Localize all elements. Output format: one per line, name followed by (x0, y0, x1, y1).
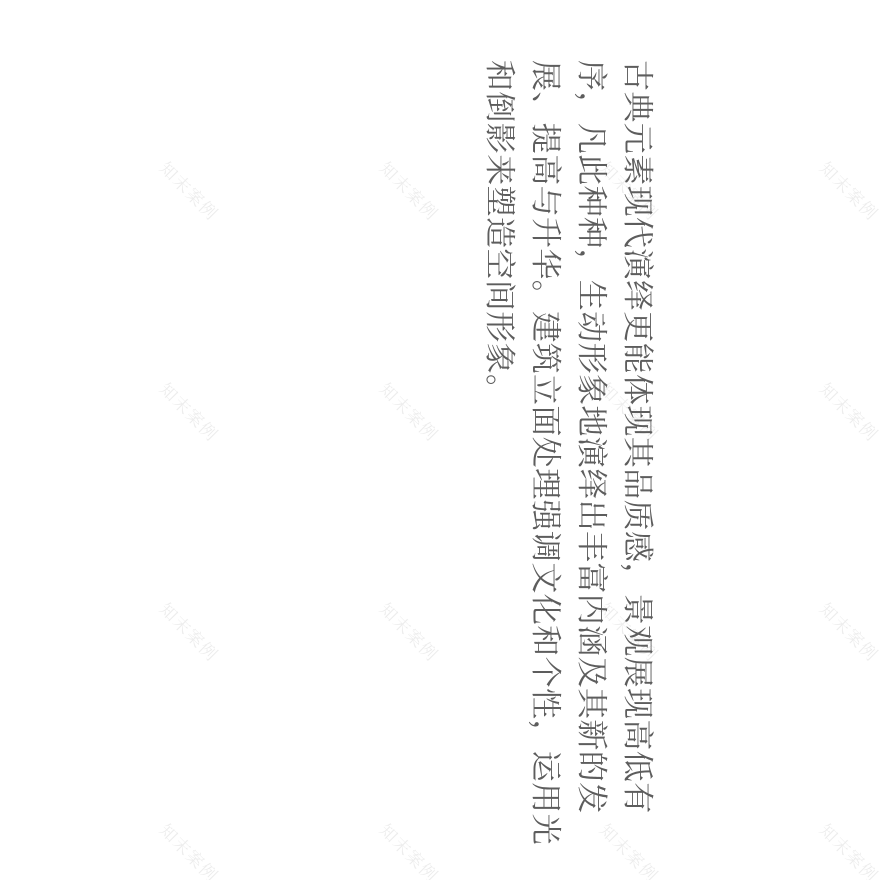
watermark-layer: 知末案例知末案例知末案例知末案例知末案例知末案例知末案例知末案例知末案例知末案例… (0, 0, 880, 880)
paragraph-line-2: 序，凡此种种，生动形象地演绎出丰富内涵及其新的发 (568, 60, 614, 852)
watermark-text: 知末案例 (155, 376, 225, 446)
watermark-text: 知末案例 (815, 596, 880, 666)
watermark-text: 知末案例 (375, 817, 445, 880)
watermark-text: 知末案例 (375, 376, 445, 446)
rotated-paragraph: 古典元素现代演绎更能体现其品质感，景观展现高低有序，凡此种种，生动形象地演绎出丰… (476, 60, 660, 852)
watermark-text: 知末案例 (375, 155, 445, 225)
paragraph-line-3: 展、提高与升华。建筑立面处理强调文化和个性，运用光 (522, 60, 568, 852)
watermark-text: 知末案例 (815, 376, 880, 446)
watermark-text: 知末案例 (815, 817, 880, 880)
watermark-text: 知末案例 (155, 817, 225, 880)
paragraph-line-4: 和倒影来塑造空间形象。 (476, 60, 522, 852)
watermark-text: 知末案例 (815, 155, 880, 225)
document-page: 知末案例知末案例知末案例知末案例知末案例知末案例知末案例知末案例知末案例知末案例… (0, 0, 880, 880)
paragraph-line-1: 古典元素现代演绎更能体现其品质感，景观展现高低有 (614, 60, 660, 852)
watermark-text: 知末案例 (375, 596, 445, 666)
watermark-text: 知末案例 (155, 596, 225, 666)
watermark-text: 知末案例 (155, 155, 225, 225)
